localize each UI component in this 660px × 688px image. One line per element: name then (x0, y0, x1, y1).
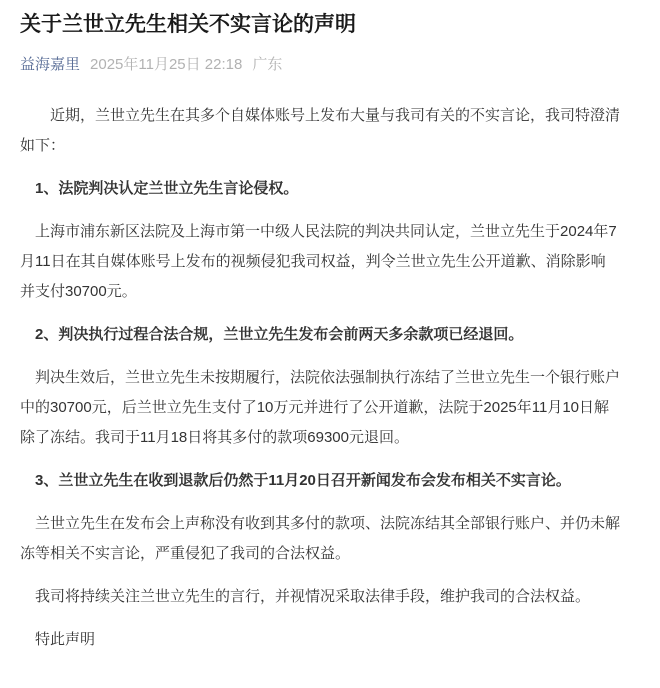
statement-heading: 2、判决执行过程合法合规，兰世立先生发布会前两天多余款项已经退回。 (20, 320, 640, 350)
statement-paragraph: 上海市浦东新区法院及上海市第一中级人民法院的判决共同认定，兰世立先生于2024年… (20, 217, 640, 307)
publish-location: 广东 (252, 54, 282, 75)
article-body: 近期，兰世立先生在其多个自媒体账号上发布大量与我司有关的不实言论，我司特澄清 如… (20, 101, 640, 655)
statement-article: 关于兰世立先生相关不实言论的声明 益海嘉里 2025年11月25日 22:18 … (0, 0, 660, 688)
byline: 益海嘉里 2025年11月25日 22:18 广东 (20, 54, 640, 75)
statement-paragraph: 我司将持续关注兰世立先生的言行，并视情况采取法律手段，维护我司的合法权益。 (20, 582, 640, 612)
author-link[interactable]: 益海嘉里 (20, 54, 80, 75)
statement-heading: 1、法院判决认定兰世立先生言论侵权。 (20, 174, 640, 204)
statement-heading: 3、兰世立先生在收到退款后仍然于11月20日召开新闻发布会发布相关不实言论。 (20, 466, 640, 496)
page-title: 关于兰世立先生相关不实言论的声明 (20, 10, 640, 39)
statement-paragraph: 判决生效后，兰世立先生未按期履行，法院依法强制执行冻结了兰世立先生一个银行账户 … (20, 363, 640, 453)
statement-paragraph: 近期，兰世立先生在其多个自媒体账号上发布大量与我司有关的不实言论，我司特澄清 如… (20, 101, 640, 161)
statement-paragraph: 兰世立先生在发布会上声称没有收到其多付的款项、法院冻结其全部银行账户、并仍未解 … (20, 509, 640, 569)
publish-datetime: 2025年11月25日 22:18 (90, 54, 242, 75)
